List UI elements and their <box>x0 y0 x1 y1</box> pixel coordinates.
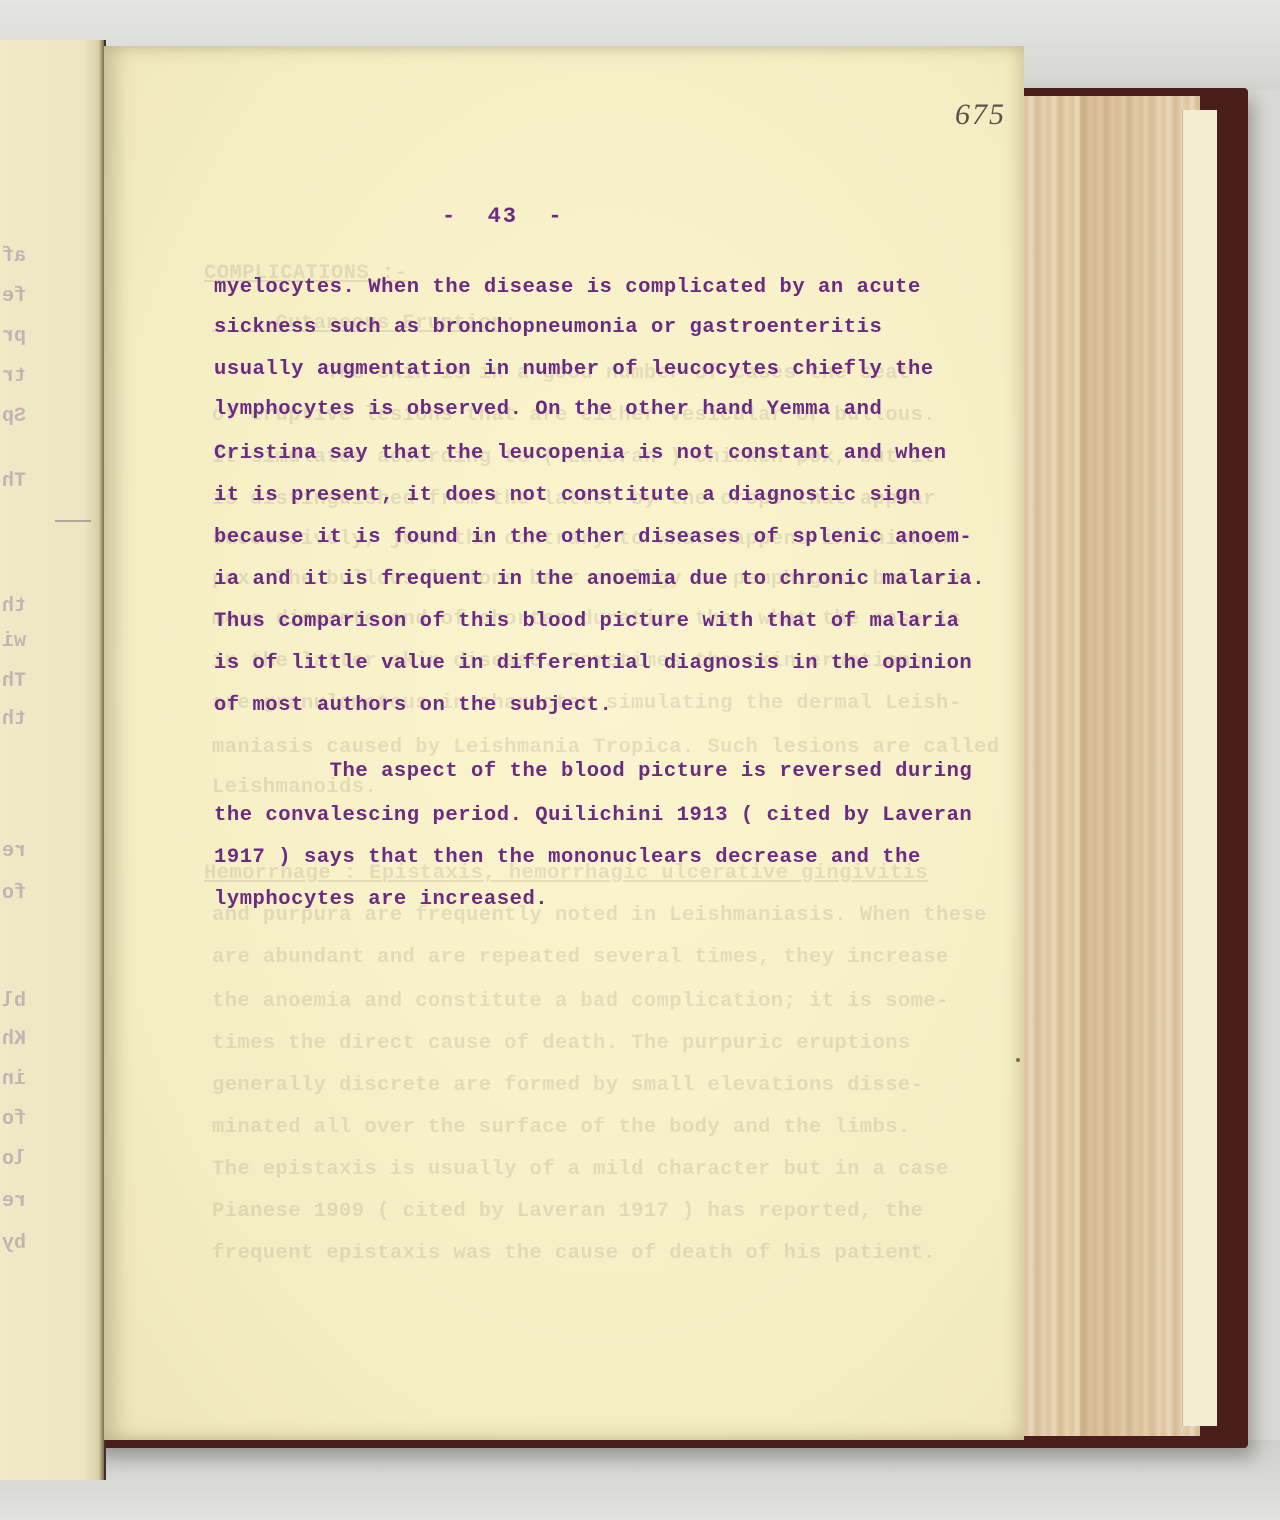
text-line: myelocytes. When the disease is complica… <box>214 276 921 299</box>
left-page-fragment: th <box>2 708 92 731</box>
left-page-fragment: in <box>2 1068 92 1091</box>
bleed-through-line: generally discrete are formed by small e… <box>212 1074 923 1097</box>
left-page-fragment: Th <box>2 670 92 693</box>
text-line: lymphocytes are increased. <box>214 888 548 911</box>
left-page-fragment: bl <box>2 990 92 1013</box>
left-page-underline <box>55 520 91 522</box>
left-page-fragment: re <box>2 1190 92 1213</box>
text-line: Cristina say that the leucopenia is not … <box>214 442 947 465</box>
page-number: - 43 - <box>442 204 564 229</box>
text-line: it is present, it does not constitute a … <box>214 484 921 507</box>
text-line: the convalescing period. Quilichini 1913… <box>214 804 972 827</box>
text-line: usually augmentation in number of leucoc… <box>214 358 934 381</box>
background-bottom <box>0 1440 1280 1520</box>
text-line: sickness such as bronchopneumonia or gas… <box>214 316 882 339</box>
text-line: 1917 ) says that then the mononuclears d… <box>214 846 921 869</box>
left-page-fragment: af <box>2 245 92 268</box>
left-page-fragment: re <box>2 840 92 863</box>
text-line: Thus comparison of this blood picture wi… <box>214 610 959 633</box>
text-line: ia and it is frequent in the anoemia due… <box>214 568 985 591</box>
left-page-fragment: pr <box>2 325 92 348</box>
bleed-through-line: maniasis caused by Leishmania Tropica. S… <box>212 736 1000 759</box>
bleed-through-line: The epistaxis is usually of a mild chara… <box>212 1158 949 1181</box>
left-page-fragment: fe <box>2 285 92 308</box>
text-line: of most authors on the subject. <box>214 694 612 717</box>
left-page: af fe pr tr Sp Th th wi Th th re fo bl K… <box>0 40 106 1480</box>
bleed-through-line: frequent epistaxis was the cause of deat… <box>212 1242 936 1265</box>
endpaper <box>1182 110 1217 1426</box>
left-page-fragment: Kh <box>2 1028 92 1051</box>
text-line: is of little value in differential diagn… <box>214 652 972 675</box>
bleed-through-line: are abundant and are repeated several ti… <box>212 946 949 969</box>
text-line: because it is found in the other disease… <box>214 526 972 549</box>
bleed-through-line: minated all over the surface of the body… <box>212 1116 911 1139</box>
paper-spot <box>1016 1058 1020 1062</box>
left-page-fragment: fo <box>2 882 92 905</box>
left-page-fragment: Sp <box>2 405 92 428</box>
left-page-fragment: fo <box>2 1108 92 1131</box>
folio-number-handwritten: 675 <box>955 98 1006 132</box>
bleed-through-line: Pianese 1909 ( cited by Laveran 1917 ) h… <box>212 1200 923 1223</box>
left-page-fragment: wi <box>2 630 92 653</box>
left-page-fragment: th <box>2 595 92 618</box>
left-page-fragment: by <box>2 1232 92 1255</box>
page-edges <box>1020 96 1200 1436</box>
bleed-through-line: the anoemia and constitute a bad complic… <box>212 990 949 1013</box>
left-page-fragment: tr <box>2 365 92 388</box>
left-page-fragment: lo <box>2 1148 92 1171</box>
text-line: lymphocytes is observed. On the other ha… <box>214 398 882 421</box>
text-line: The aspect of the blood picture is rever… <box>214 760 972 783</box>
left-page-fragment: Th <box>2 470 92 493</box>
bleed-through-line: times the direct cause of death. The pur… <box>212 1032 911 1055</box>
